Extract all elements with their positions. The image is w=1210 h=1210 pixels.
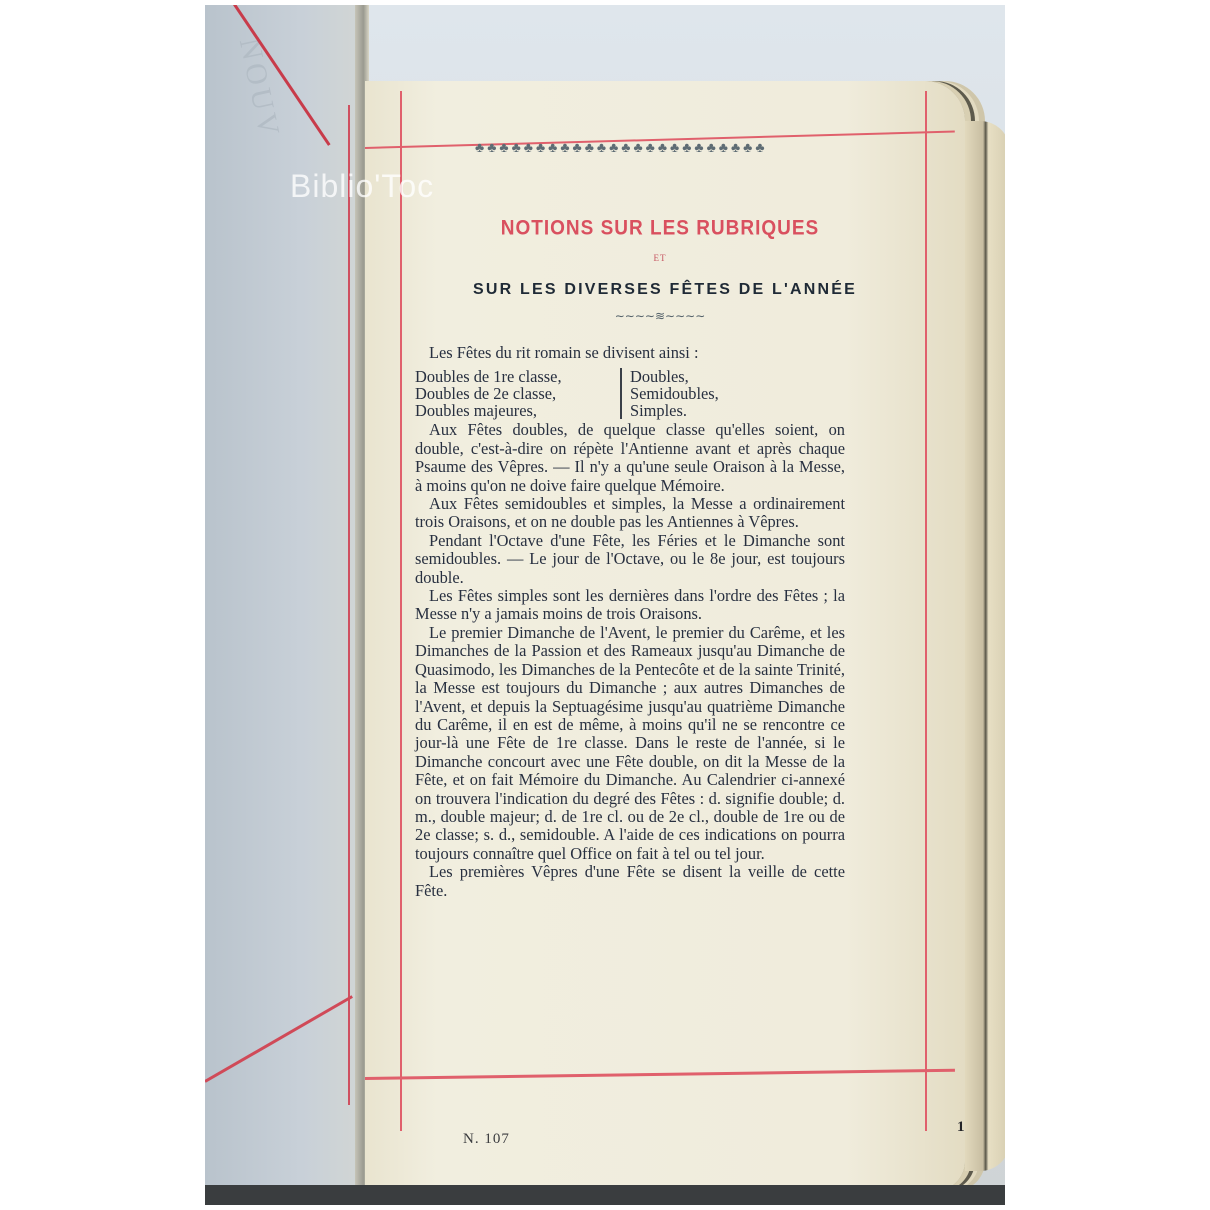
class-item: Doubles de 1re classe,: [415, 368, 620, 385]
ornamental-divider: ∼∼∼∼≋∼∼∼∼: [415, 309, 905, 324]
class-item: Semidoubles,: [630, 385, 719, 402]
class-item: Doubles,: [630, 368, 719, 385]
frame-rule-left: [400, 91, 402, 1131]
page-number: 1: [957, 1119, 965, 1136]
shadow: [205, 1185, 1005, 1205]
watermark-logo: Biblio'Toc: [290, 168, 434, 205]
paragraph: Les Fêtes simples sont les dernières dan…: [415, 587, 845, 624]
section-title: SUR LES DIVERSES FÊTES DE L'ANNÉE: [415, 281, 915, 299]
paragraph: Les premières Vêpres d'une Fête se disen…: [415, 863, 845, 900]
page-edges: [965, 121, 1005, 1171]
frame-rule-right: [925, 91, 927, 1131]
paragraph: Aux Fêtes doubles, de quelque classe qu'…: [415, 421, 845, 495]
signature-mark: N. 107: [463, 1131, 510, 1148]
frame-rule-bottom: [365, 1069, 955, 1080]
class-item: Doubles majeures,: [415, 402, 620, 419]
show-through-text: NOUV: [232, 35, 287, 142]
paragraph: Pendant l'Octave d'une Fête, les Féries …: [415, 532, 845, 587]
class-item: Simples.: [630, 402, 719, 419]
title-connector: ET: [415, 253, 905, 263]
body-text: Les Fêtes du rit romain se divisent ains…: [415, 344, 845, 900]
left-page-rule: [348, 105, 350, 1105]
book-photo: NOUV ♣♣♣♣♣♣♣♣♣♣♣♣♣♣♣♣♣♣♣♣♣♣♣♣ NOTIONS SU…: [205, 5, 1005, 1205]
paragraph: Le premier Dimanche de l'Avent, le premi…: [415, 624, 845, 863]
class-item: Doubles de 2e classe,: [415, 385, 620, 402]
feast-classes-table: Doubles de 1re classe, Doubles de 2e cla…: [415, 368, 845, 419]
rubric-title: NOTIONS SUR LES RUBRIQUES: [415, 217, 905, 241]
fleuron-border: ♣♣♣♣♣♣♣♣♣♣♣♣♣♣♣♣♣♣♣♣♣♣♣♣: [475, 141, 945, 161]
intro-line: Les Fêtes du rit romain se divisent ains…: [415, 344, 845, 362]
paragraph: Aux Fêtes semidoubles et simples, la Mes…: [415, 495, 845, 532]
right-page: ♣♣♣♣♣♣♣♣♣♣♣♣♣♣♣♣♣♣♣♣♣♣♣♣ NOTIONS SUR LES…: [365, 81, 965, 1191]
column-separator: [620, 368, 622, 419]
